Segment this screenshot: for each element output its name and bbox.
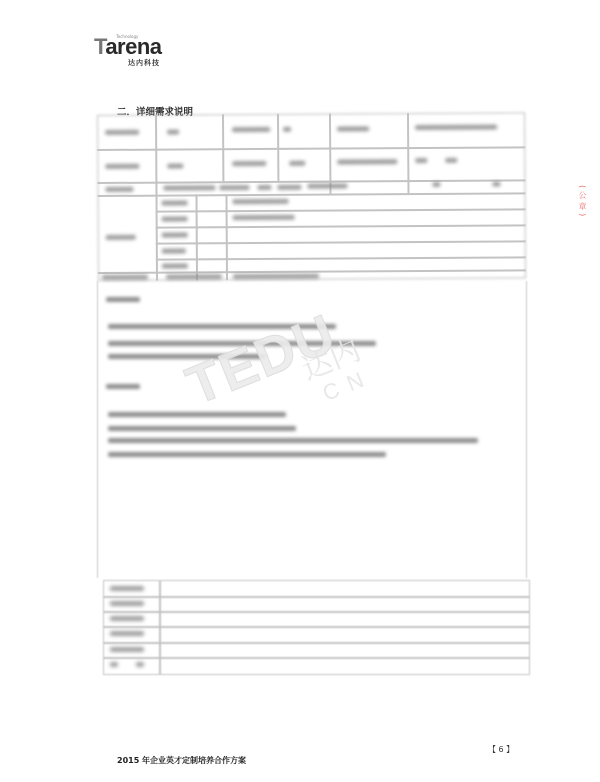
tarena-logo: Technology Tarena 达内科技	[94, 36, 174, 68]
logo-wordmark: Tarena	[94, 36, 162, 58]
signature-table	[103, 580, 530, 675]
page-number: 【 6 】	[488, 744, 514, 755]
footer-doc-title: 2015 年企业英才定制培养合作方案	[117, 755, 246, 766]
red-stamp: (公章)	[576, 185, 588, 285]
table-border	[97, 112, 526, 281]
logo-chinese-name: 达内科技	[128, 58, 160, 68]
requirements-table	[97, 112, 526, 281]
